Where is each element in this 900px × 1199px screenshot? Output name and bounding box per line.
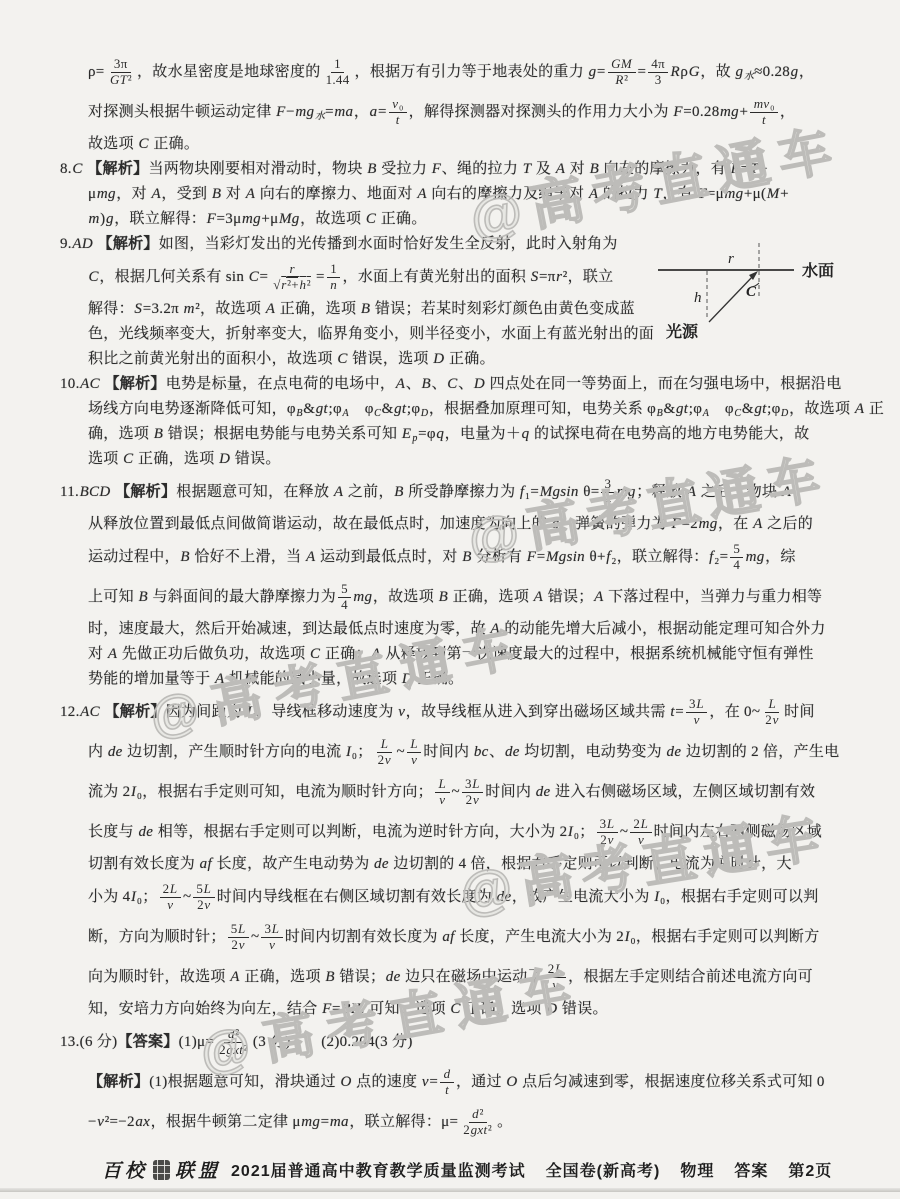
scanned-answer-page: @高考直通车 @高考直通车 @高考直通车 @高考直通车 @高考直通车 ρ=3πG…: [0, 0, 900, 1199]
answer-line: 选项 C 正确，选项 D 错误。: [0, 447, 900, 472]
answer-line: 切割有效长度为 af 长度，故产生电动势为 de 边切割的 4 倍，根据右手定则…: [0, 852, 900, 877]
answer-line: 11.BCD 【解析】根据题意可知，在释放 A 之前，B 所受静摩擦力为 f₁=…: [0, 472, 900, 512]
answer-line: 上可知 B 与斜面间的最大静摩擦力为54mg，故选项 B 正确，选项 A 错误；…: [0, 577, 900, 617]
answer-line: 知，安培力方向始终为向左，结合 F=BIL 可知，选项 C 正确，选项 D 错误…: [0, 997, 900, 1022]
answer-line: 向为顺时针，故选项 A 正确，选项 B 错误；de 边只在磁场中运动了2Lv，根…: [0, 957, 900, 997]
answer-line: 12.AC 【解析】因为间距为 L，导线框移动速度为 v，故导线框从进入到穿出磁…: [0, 692, 900, 732]
answer-line: 小为 4I₀；2Lv~5L2v时间内导线框在右侧区域切割有效长度为 de，故产生…: [0, 877, 900, 917]
scan-bottom-edge: [0, 1188, 900, 1192]
answer-line: 时，速度最大，然后开始减速，到达最低点时速度为零，故 A 的动能先增大后减小，根…: [0, 617, 900, 642]
total-reflection-diagram: r h C 水面 光源: [648, 240, 898, 380]
league-seal-icon: [153, 1160, 170, 1180]
answer-line: −v²=−2ax，根据牛顿第二定律 μmg=ma，联立解得：μ=d²2gxt²。: [0, 1102, 900, 1142]
light-source-label: 光源: [666, 322, 699, 341]
answer-line: 从释放位置到最低点间做简谐运动，故在最低点时，加速度为向上的 g，弹簧的弹力为 …: [0, 512, 900, 537]
radius-label: r: [728, 251, 734, 267]
answer-line: 13.(6 分)【答案】(1)μ=d²2gxt²(3 分) (2)0.204(3…: [0, 1022, 900, 1062]
water-surface-label: 水面: [802, 262, 834, 280]
answer-line: 对探测头根据牛顿运动定律 F−mg水=ma，a=v₀t，解得探测器对探测头的作用…: [0, 92, 900, 132]
answer-line: 场线方向电势逐渐降低可知，φB&gt;φA φC&gt;φD，根据叠加原理可知，…: [0, 397, 900, 422]
paper-type: 全国卷(新高考): [546, 1158, 661, 1181]
answer-line: 确，选项 B 错误；根据电势能与电势关系可知 Ep=φq，电量为＋q 的试探电荷…: [0, 422, 900, 447]
answer-line: 断，方向为顺时针；5L2v~3Lv时间内切割有效长度为 af 长度，产生电流大小…: [0, 917, 900, 957]
answer-line: 流为 2I₀，根据右手定则可知，电流为顺时针方向；Lv~3L2v时间内 de 进…: [0, 772, 900, 812]
critical-angle-label: C: [746, 284, 757, 300]
exam-title: 2021届普通高中教育教学质量监测考试: [231, 1158, 526, 1181]
depth-label: h: [694, 290, 702, 306]
subject-label: 物理: [680, 1158, 714, 1181]
answer-line: 故选项 C 正确。: [0, 132, 900, 157]
answer-line: m)g，联立解得：F=3μmg+μMg，故选项 C 正确。: [0, 207, 900, 232]
league-logo-text-left: 百校: [102, 1156, 148, 1183]
answer-line: 对 A 先做正功后做负功，故选项 C 正确；A 从释放到第一次速度最大的过程中，…: [0, 642, 900, 667]
content-lines: ρ=3πGT²，故水星密度是地球密度的11.44，根据万有引力等于地表处的重力 …: [0, 52, 900, 1142]
page-footer: 百校 联盟 2021届普通高中教育教学质量监测考试 全国卷(新高考) 物理 答案…: [102, 1156, 832, 1183]
league-logo-text-right: 联盟: [175, 1156, 221, 1183]
answer-line: 势能的增加量等于 A 机械能的减小量，故选项 D 正确。: [0, 667, 900, 692]
page-number: 第2页: [788, 1158, 832, 1181]
answer-line: 【解析】(1)根据题意可知，滑块通过 O 点的速度 v=dt，通过 O 点后匀减…: [0, 1062, 900, 1102]
answer-line: μmg，对 A，受到 B 对 A 向右的摩擦力、地面对 A 向右的摩擦力及绳子对…: [0, 182, 900, 207]
doc-type-label: 答案: [734, 1158, 768, 1181]
answer-line: 内 de 边切割，产生顺时针方向的电流 I₀；L2v~Lv时间内 bc、de 均…: [0, 732, 900, 772]
answer-line: 8.C 【解析】当两物块刚要相对滑动时，物块 B 受拉力 F、绳的拉力 T 及 …: [0, 157, 900, 182]
answer-line: 长度与 de 相等，根据右手定则可以判断，电流为逆时针方向，大小为 2I₀；3L…: [0, 812, 900, 852]
answer-line: ρ=3πGT²，故水星密度是地球密度的11.44，根据万有引力等于地表处的重力 …: [0, 52, 900, 92]
answer-line: 运动过程中，B 恰好不上滑，当 A 运动到最低点时，对 B 分析有 F=Mgsi…: [0, 537, 900, 577]
